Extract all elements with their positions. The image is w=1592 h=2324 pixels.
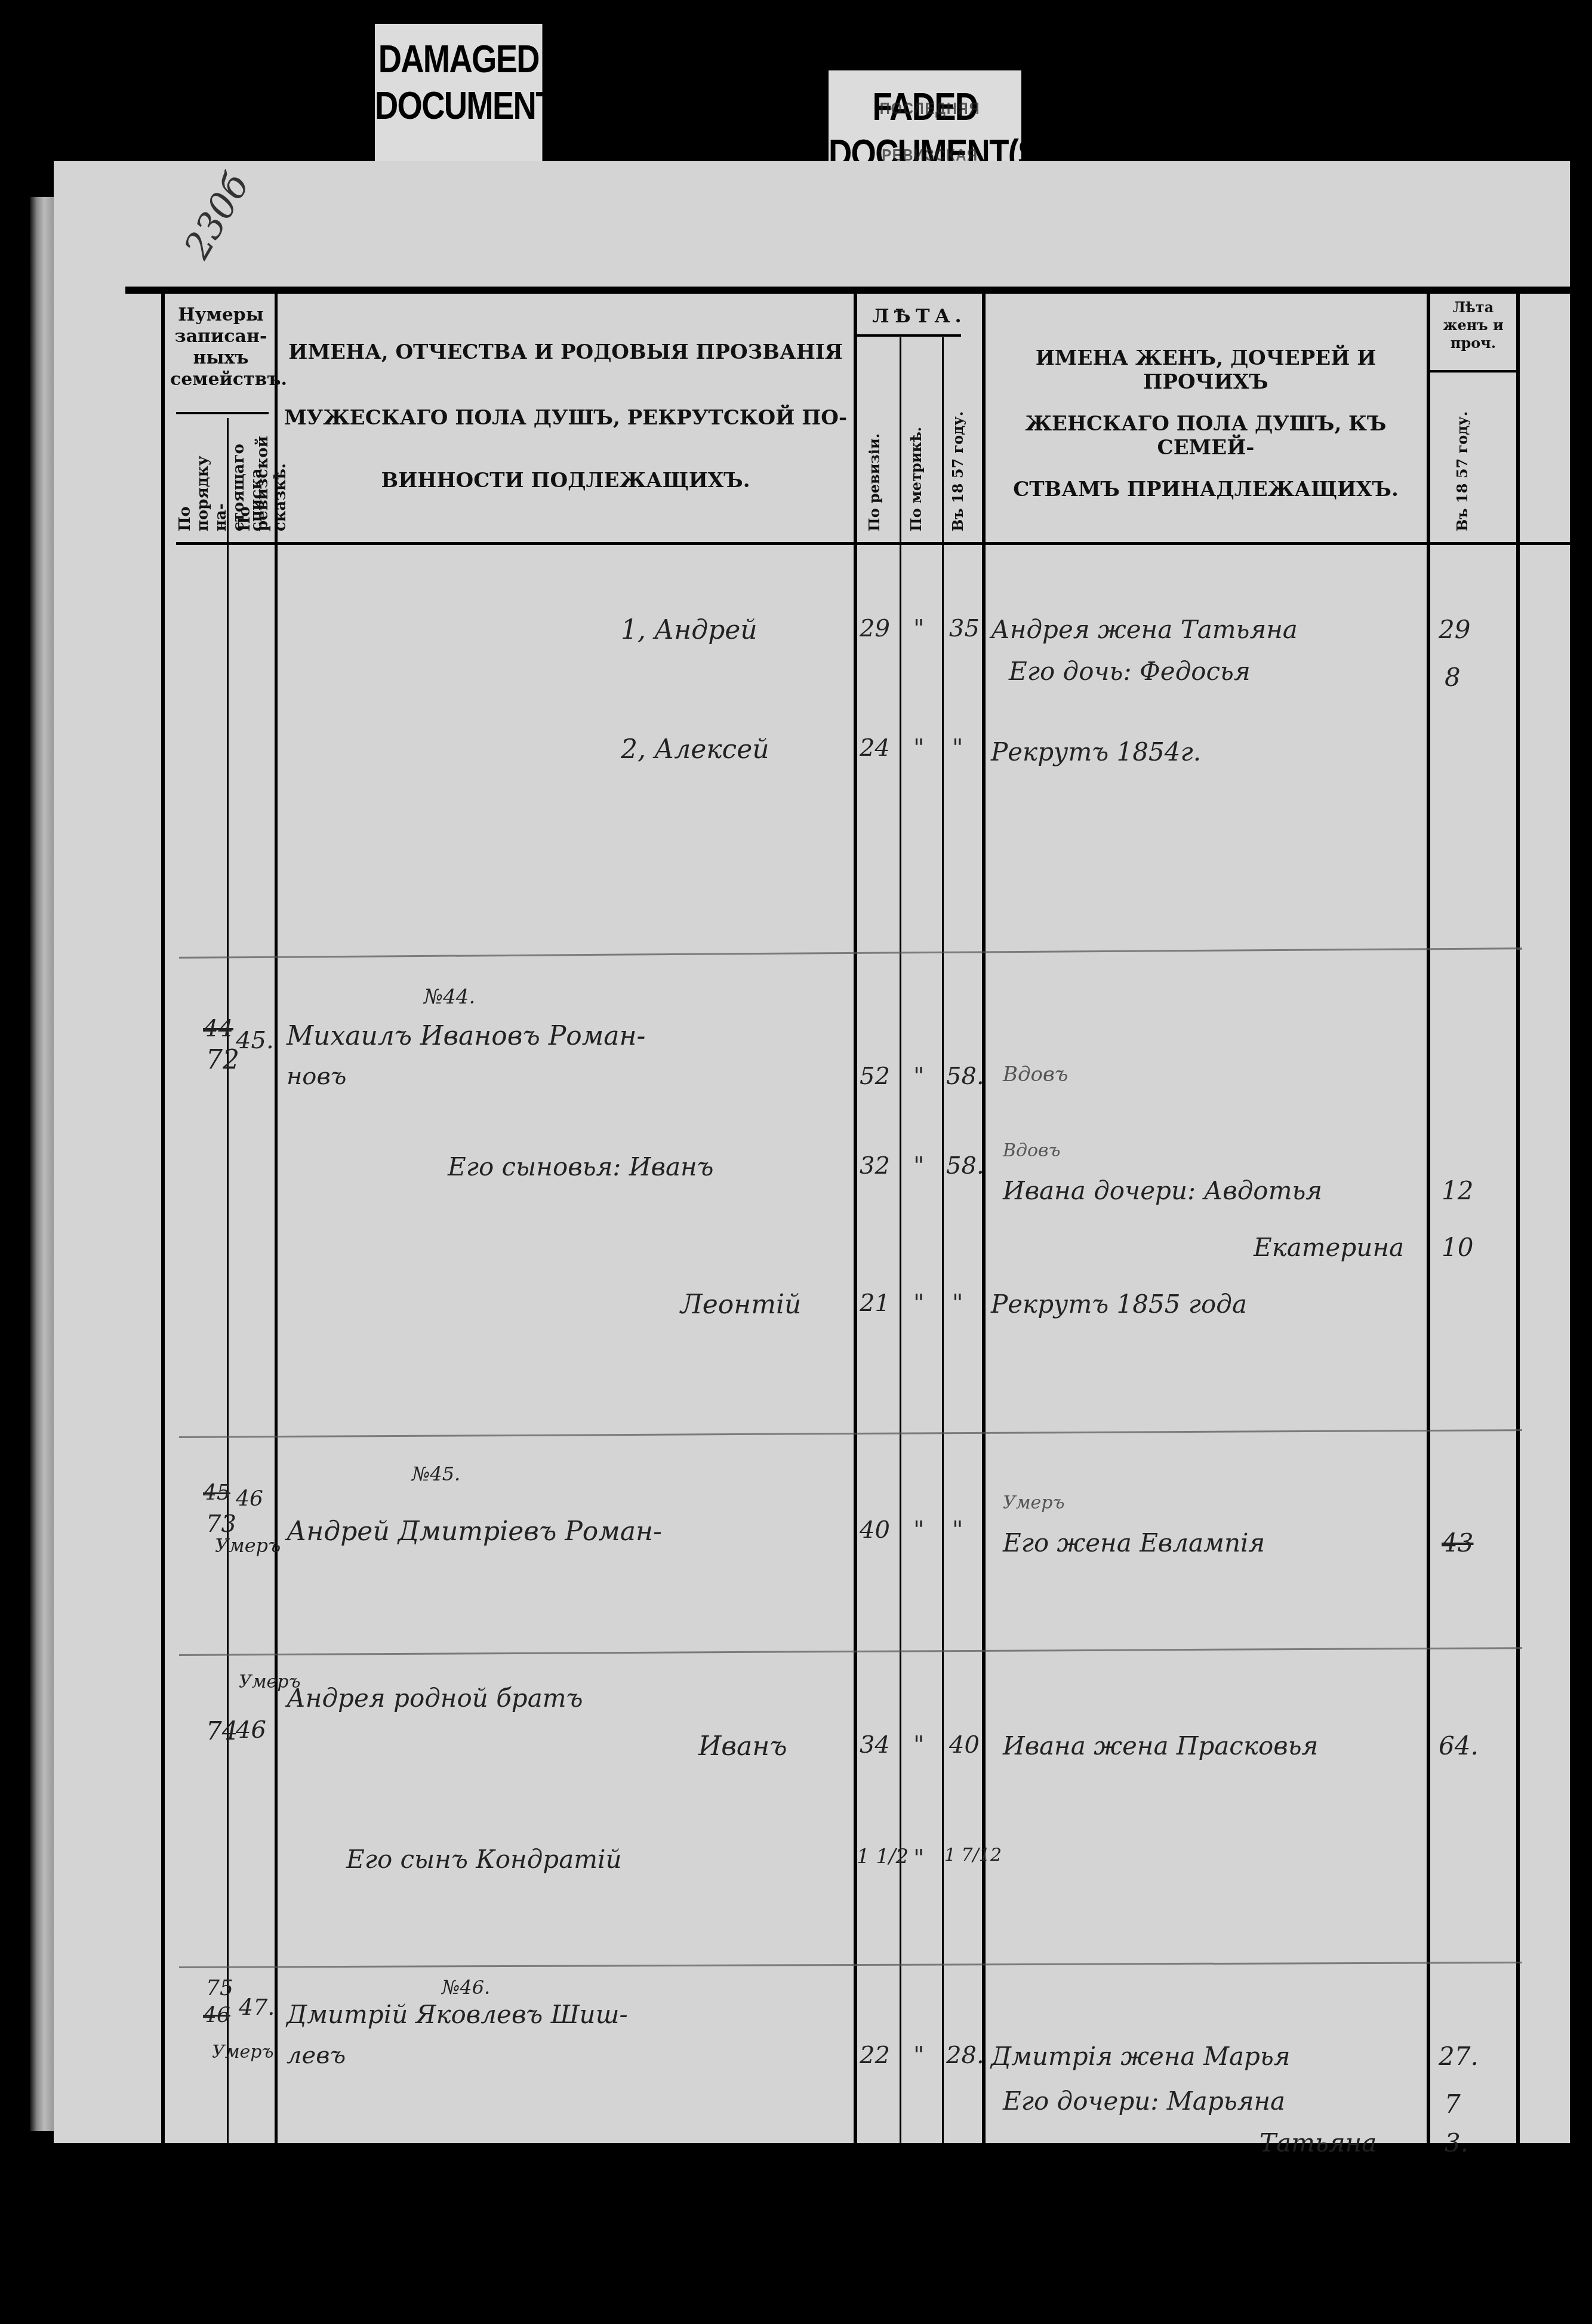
col-border-order xyxy=(227,418,229,2143)
reference-number: №46. xyxy=(442,1976,490,1999)
female-name: Его дочь: Федосья xyxy=(1009,657,1251,686)
male-name: Его сынъ Кондратій xyxy=(346,1845,622,1874)
header-family-numbers: Нумеры записан-ныхъ семействъ. xyxy=(170,304,272,390)
age-metric: " xyxy=(913,1289,924,1317)
recruit-note: Рекрутъ 1855 года xyxy=(991,1289,1247,1319)
widower-note: Вдовъ xyxy=(1003,1063,1068,1086)
male-name-cont: Иванъ xyxy=(698,1731,787,1762)
female-name: Ивана жена Прасковья xyxy=(1003,1731,1318,1760)
age-year: 58. xyxy=(946,1063,984,1090)
revision-number: 46 xyxy=(236,1716,266,1744)
damaged-label-line1: DAMAGED xyxy=(375,36,543,82)
female-age: 7 xyxy=(1445,2089,1461,2119)
revision-number: 47. xyxy=(239,1994,275,2020)
page-number-stamp: 230б xyxy=(176,167,257,266)
died-note: Умеръ xyxy=(1003,1492,1065,1513)
age-year: 58. xyxy=(946,1152,984,1180)
header-male-line3: ВИННОСТИ ПОДЛЕЖАЩИХЪ. xyxy=(281,469,851,492)
order-number-struck: 45 xyxy=(203,1480,230,1505)
male-name: Андрей Дмитріевъ Роман- xyxy=(287,1516,662,1547)
male-name: 2, Алексей xyxy=(621,734,769,765)
male-name: 1, Андрей xyxy=(621,615,757,645)
female-name: Его дочери: Марьяна xyxy=(1003,2086,1285,2116)
recruit-note: Рекрутъ 1854г. xyxy=(991,737,1201,767)
entry-divider xyxy=(179,947,1522,959)
header-female-line1: ИМЕНА ЖЕНЪ, ДОЧЕРЕЙ И ПРОЧИХЪ xyxy=(988,346,1424,394)
age-year: 1 7/12 xyxy=(944,1845,1002,1866)
col-border-age-year xyxy=(982,293,986,2143)
header-female-ages: Лѣта женъ и проч. xyxy=(1431,298,1515,352)
header-age-metric: По метрикѣ. xyxy=(907,358,937,531)
female-age: 12 xyxy=(1442,1176,1473,1205)
male-name: Андрея родной братъ xyxy=(287,1683,583,1713)
col-border-revision xyxy=(275,293,278,2143)
male-name: Его сыновья: Иванъ xyxy=(448,1152,714,1181)
header-male-line2: МУЖЕСКАГО ПОЛА ДУШЪ, РЕКРУТСКОЙ ПО- xyxy=(281,406,851,430)
female-age: 10 xyxy=(1442,1233,1473,1262)
age-year: " xyxy=(952,1289,963,1317)
age-revision: 32 xyxy=(860,1152,890,1180)
age-revision: 40 xyxy=(860,1516,890,1544)
age-metric: " xyxy=(913,615,924,642)
revision-number: 46 xyxy=(236,1486,263,1511)
female-age: 29 xyxy=(1439,615,1470,644)
order-number-struck: 44 xyxy=(203,1015,233,1042)
col-border-female-age xyxy=(1516,293,1520,2143)
female-name: Андрея жена Татьяна xyxy=(991,615,1298,644)
age-year: " xyxy=(952,734,963,762)
female-name: Татьяна xyxy=(1260,2128,1377,2157)
female-age: 3. xyxy=(1445,2128,1468,2157)
age-revision: 29 xyxy=(860,615,890,642)
age-revision: 34 xyxy=(860,1731,890,1759)
order-number: 72 xyxy=(206,1045,239,1075)
faded-document-label: FADED DOCUMENT(S) ПОСЛЕДНЯЯ РЕВИЗСКАЯ xyxy=(829,70,1021,175)
age-year: 40 xyxy=(949,1731,980,1759)
census-page: 230б Нумеры записан-ныхъ семействъ. По п… xyxy=(54,161,1570,2143)
age-revision: 1 1/2 xyxy=(857,1845,909,1869)
entry-divider xyxy=(179,1429,1522,1438)
male-name-cont: новъ xyxy=(287,1063,346,1090)
female-age: 64. xyxy=(1439,1731,1479,1760)
female-ages-divider xyxy=(1430,370,1519,373)
age-revision: 24 xyxy=(860,734,890,762)
header-age-year: Въ 18 57 году. xyxy=(949,358,979,531)
male-name: Леонтій xyxy=(680,1289,801,1320)
header-col-order: По порядку на-стоящаго списка. xyxy=(176,430,218,531)
age-revision: 52 xyxy=(860,1063,890,1090)
age-metric: " xyxy=(913,734,924,762)
widower-note: Вдовъ xyxy=(1003,1140,1061,1161)
header-ages: ЛѢТА. xyxy=(857,304,982,327)
status-died: Умеръ xyxy=(212,2042,274,2063)
col-border-female xyxy=(1427,293,1430,2143)
header-col-revision-tale: По ревизской сказкѣ. xyxy=(236,430,272,531)
order-number: 75 xyxy=(206,1976,233,2000)
female-age: 8 xyxy=(1445,663,1461,692)
reference-number: №45. xyxy=(412,1463,460,1485)
female-name: Дмитрія жена Марья xyxy=(991,2042,1291,2071)
age-year: 35 xyxy=(949,615,980,642)
male-name: Дмитрій Яковлевъ Шиш- xyxy=(287,2000,628,2029)
table-top-border xyxy=(125,287,1570,294)
ages-divider xyxy=(857,334,961,337)
entry-divider xyxy=(179,1962,1522,1968)
header-age-revision: По ревизіи. xyxy=(866,358,895,531)
male-name: Михаилъ Ивановъ Роман- xyxy=(287,1021,645,1051)
female-name: Екатерина xyxy=(1254,1233,1404,1262)
header-female-line2: ЖЕНСКАГО ПОЛА ДУШЪ, КЪ СЕМЕЙ- xyxy=(988,412,1424,460)
revision-number: 45. xyxy=(236,1027,274,1054)
family-numbers-divider xyxy=(176,412,269,414)
order-number: 74 xyxy=(206,1716,238,1746)
header-bottom-border xyxy=(176,542,1570,545)
header-female-age-year: Въ 18 57 году. xyxy=(1454,388,1489,531)
age-revision: 22 xyxy=(860,2042,890,2069)
age-metric: " xyxy=(913,1731,924,1759)
order-number-struck: 46 xyxy=(203,2003,230,2027)
female-age: 27. xyxy=(1439,2042,1479,2071)
age-metric: " xyxy=(913,1063,924,1090)
age-metric: " xyxy=(913,2042,924,2069)
col-border-age-metric xyxy=(942,337,944,2143)
female-name: Ивана дочери: Авдотья xyxy=(1003,1176,1322,1205)
header-male-line1: ИМЕНА, ОТЧЕСТВА И РОДОВЫЯ ПРОЗВАНІЯ xyxy=(281,340,851,364)
damaged-document-label: DAMAGED DOCUMENT(S) xyxy=(375,24,543,166)
age-revision: 21 xyxy=(860,1289,890,1317)
age-metric: " xyxy=(913,1152,924,1180)
female-age: 43 xyxy=(1442,1528,1473,1557)
damaged-label-line2: DOCUMENT(S) xyxy=(375,82,543,129)
col-border-age-rev xyxy=(900,337,901,2143)
status-died: Умеръ xyxy=(215,1534,281,1557)
age-metric: " xyxy=(913,1845,924,1872)
age-year: 28. xyxy=(946,2042,984,2069)
male-name-cont: левъ xyxy=(287,2042,346,2069)
age-year: " xyxy=(952,1516,963,1544)
entry-divider xyxy=(179,1647,1522,1656)
female-name: Его жена Евлампія xyxy=(1003,1528,1265,1557)
col-border-left xyxy=(161,287,165,2143)
reference-number: №44. xyxy=(424,985,475,1009)
header-female-line3: СТВАМЪ ПРИНАДЛЕЖАЩИХЪ. xyxy=(988,478,1424,501)
age-metric: " xyxy=(913,1516,924,1544)
